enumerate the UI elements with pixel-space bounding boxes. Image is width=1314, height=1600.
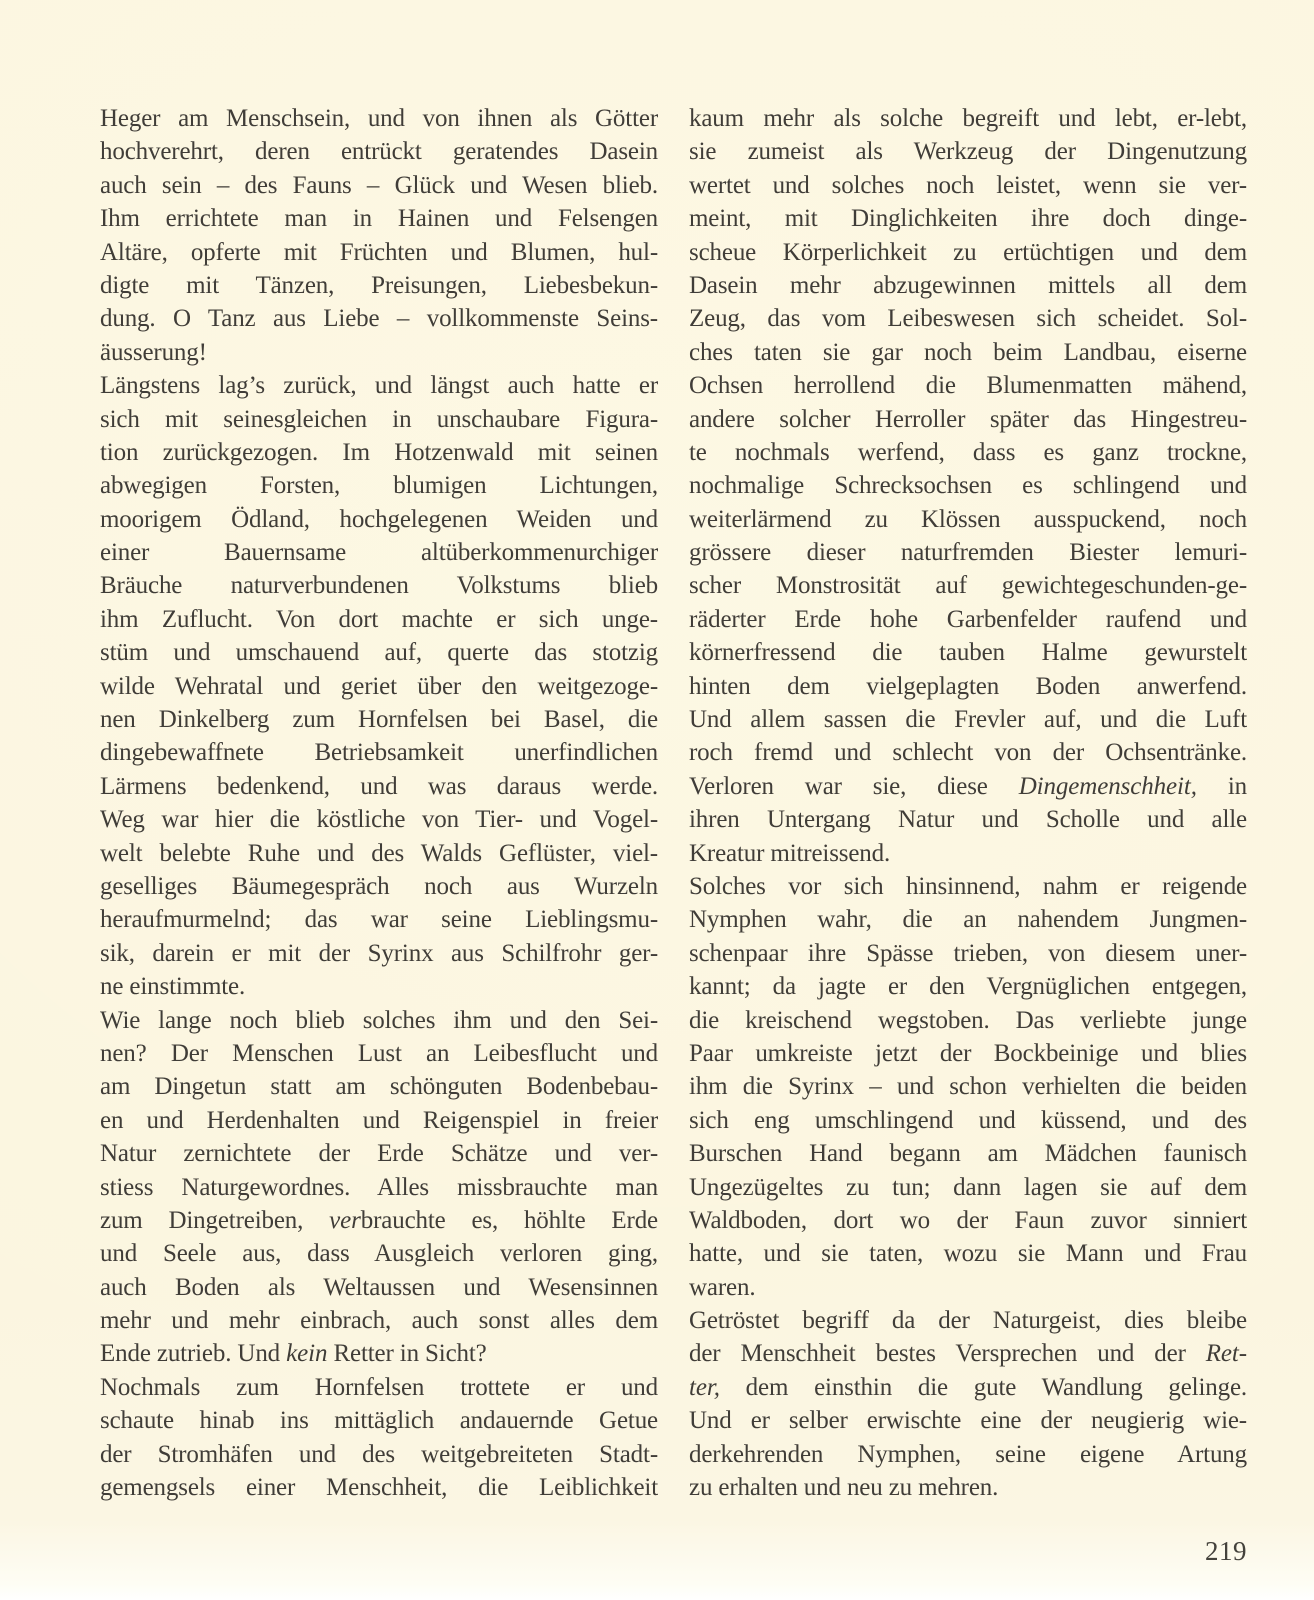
text-line: mehr und mehr einbrach, auch sonst alles… [100, 1304, 658, 1337]
text-line: schaute hinab ins mittäglich andauernde … [100, 1404, 658, 1437]
text-line: digte mit Tänzen, Preisungen, Liebesbeku… [100, 269, 658, 302]
text-line: schenpaar ihre Spässe trieben, von diese… [689, 937, 1247, 970]
text-line: Natur zernichtete der Erde Schätze und v… [100, 1137, 658, 1170]
text-line: Und er selber erwischte eine der neugier… [689, 1404, 1247, 1437]
text-line: hochverehrt, deren entrückt geratendes D… [100, 135, 658, 168]
text-line: am Dingetun statt am schönguten Bodenbeb… [100, 1070, 658, 1103]
text-line: einer Bauernsame altüberkommenurchiger [100, 536, 658, 569]
text-line: derkehrenden Nymphen, seine eigene Artun… [689, 1438, 1247, 1471]
text-line: ter, dem einsthin die gute Wandlung geli… [689, 1371, 1247, 1404]
text-line: Bräuche naturverbundenen Volkstums blieb [100, 569, 658, 602]
text-line: Waldboden, dort wo der Faun zuvor sinnie… [689, 1204, 1247, 1237]
text-line: roch fremd und schlecht von der Ochsentr… [689, 736, 1247, 769]
text-column-left: Heger am Menschsein, und von ihnen als G… [100, 102, 658, 1504]
text-line: geselliges Bäumegespräch noch aus Wurzel… [100, 870, 658, 903]
text-line: Getröstet begriff da der Naturgeist, die… [689, 1304, 1247, 1337]
text-line: dung. O Tanz aus Liebe – vollkommenste S… [100, 302, 658, 335]
text-line: wilde Wehratal und geriet über den weitg… [100, 670, 658, 703]
text-line: sik, darein er mit der Syrinx aus Schilf… [100, 937, 658, 970]
text-line: Ihm errichtete man in Hainen und Felseng… [100, 202, 658, 235]
text-line: moorigem Ödland, hochgelegenen Weiden un… [100, 503, 658, 536]
text-line: Ende zutrieb. Und kein Retter in Sicht? [100, 1337, 658, 1370]
text-line: weiterlärmend zu Klössen ausspuckend, no… [689, 503, 1247, 536]
text-line: Paar umkreiste jetzt der Bockbeinige und… [689, 1037, 1247, 1070]
text-line: auch sein – des Fauns – Glück und Wesen … [100, 169, 658, 202]
text-line: waren. [689, 1271, 1247, 1304]
text-line: gemengsels einer Menschheit, die Leiblic… [100, 1471, 658, 1504]
text-line: Nochmals zum Hornfelsen trottete er und [100, 1371, 658, 1404]
text-line: Nymphen wahr, die an nahendem Jungmen- [689, 903, 1247, 936]
text-line: Kreatur mitreissend. [689, 837, 1247, 870]
text-line: körnerfressend die tauben Halme gewurste… [689, 636, 1247, 669]
text-line: ches taten sie gar noch beim Landbau, ei… [689, 336, 1247, 369]
text-line: Altäre, opferte mit Früchten und Blumen,… [100, 236, 658, 269]
text-line: ne einstimmte. [100, 970, 658, 1003]
text-line: Längstens lag’s zurück, und längst auch … [100, 369, 658, 402]
text-line: ihm die Syrinx – und schon verhielten di… [689, 1070, 1247, 1103]
text-line: wertet und solches noch leistet, wenn si… [689, 169, 1247, 202]
text-line: kannt; da jagte er den Vergnüglichen ent… [689, 970, 1247, 1003]
text-column-right: kaum mehr als solche begreift und lebt, … [689, 102, 1247, 1504]
text-line: scher Monstrosität auf gewichtegeschunde… [689, 569, 1247, 602]
text-line: stiess Naturgewordnes. Alles missbraucht… [100, 1171, 658, 1204]
text-line: heraufmurmelnd; das war seine Lieblingsm… [100, 903, 658, 936]
book-page: Heger am Menschsein, und von ihnen als G… [0, 0, 1314, 1600]
text-line: nen? Der Menschen Lust an Leibesflucht u… [100, 1037, 658, 1070]
text-line: Lärmens bedenkend, und was daraus werde. [100, 770, 658, 803]
text-line: Heger am Menschsein, und von ihnen als G… [100, 102, 658, 135]
text-line: dingebewaffnete Betriebsamkeit unerfindl… [100, 736, 658, 769]
text-line: Zeug, das vom Leibeswesen sich scheidet.… [689, 302, 1247, 335]
text-line: räderter Erde hohe Garbenfelder raufend … [689, 603, 1247, 636]
text-line: äusserung! [100, 336, 658, 369]
text-line: te nochmals werfend, dass es ganz trockn… [689, 436, 1247, 469]
text-line: hatte, und sie taten, wozu sie Mann und … [689, 1237, 1247, 1270]
text-line: en und Herdenhalten und Reigenspiel in f… [100, 1104, 658, 1137]
text-line: grössere dieser naturfremden Biester lem… [689, 536, 1247, 569]
text-line: zu erhalten und neu zu mehren. [689, 1471, 1247, 1504]
text-line: sich eng umschlingend und küssend, und d… [689, 1104, 1247, 1137]
text-line: Burschen Hand begann am Mädchen faunisch [689, 1137, 1247, 1170]
text-line: stüm und umschauend auf, querte das stot… [100, 636, 658, 669]
text-line: ihm Zuflucht. Von dort machte er sich un… [100, 603, 658, 636]
text-line: Ochsen herrollend die Blumenmatten mähen… [689, 369, 1247, 402]
text-line: meint, mit Dinglichkeiten ihre doch ding… [689, 202, 1247, 235]
text-line: tion zurückgezogen. Im Hotzenwald mit se… [100, 436, 658, 469]
text-line: und Seele aus, dass Ausgleich verloren g… [100, 1237, 658, 1270]
text-line: ihren Untergang Natur und Scholle und al… [689, 803, 1247, 836]
text-line: der Menschheit bestes Versprechen und de… [689, 1337, 1247, 1370]
text-line: nochmalige Schrecksochsen es schlingend … [689, 469, 1247, 502]
text-line: Ungezügeltes zu tun; dann lagen sie auf … [689, 1171, 1247, 1204]
text-line: scheue Körperlichkeit zu ertüchtigen und… [689, 236, 1247, 269]
text-line: zum Dingetreiben, verbrauchte es, höhlte… [100, 1204, 658, 1237]
text-line: sie zumeist als Werkzeug der Dingenutzun… [689, 135, 1247, 168]
text-line: auch Boden als Weltaussen und Wesensinne… [100, 1271, 658, 1304]
page-number: 219 [689, 1536, 1247, 1567]
text-line: Solches vor sich hinsinnend, nahm er rei… [689, 870, 1247, 903]
text-line: welt belebte Ruhe und des Walds Geflüste… [100, 837, 658, 870]
text-line: Weg war hier die köstliche von Tier- und… [100, 803, 658, 836]
text-line: hinten dem vielgeplagten Boden anwerfend… [689, 670, 1247, 703]
text-line: kaum mehr als solche begreift und lebt, … [689, 102, 1247, 135]
text-line: Wie lange noch blieb solches ihm und den… [100, 1004, 658, 1037]
text-line: Verloren war sie, diese Dingemenschheit,… [689, 770, 1247, 803]
text-line: andere solcher Herroller später das Hing… [689, 403, 1247, 436]
text-line: der Stromhäfen und des weitgebreiteten S… [100, 1438, 658, 1471]
text-line: nen Dinkelberg zum Hornfelsen bei Basel,… [100, 703, 658, 736]
text-line: Dasein mehr abzugewinnen mittels all dem [689, 269, 1247, 302]
text-line: Und allem sassen die Frevler auf, und di… [689, 703, 1247, 736]
text-line: sich mit seinesgleichen in unschaubare F… [100, 403, 658, 436]
text-line: abwegigen Forsten, blumigen Lichtungen, [100, 469, 658, 502]
text-line: die kreischend wegstoben. Das verliebte … [689, 1004, 1247, 1037]
